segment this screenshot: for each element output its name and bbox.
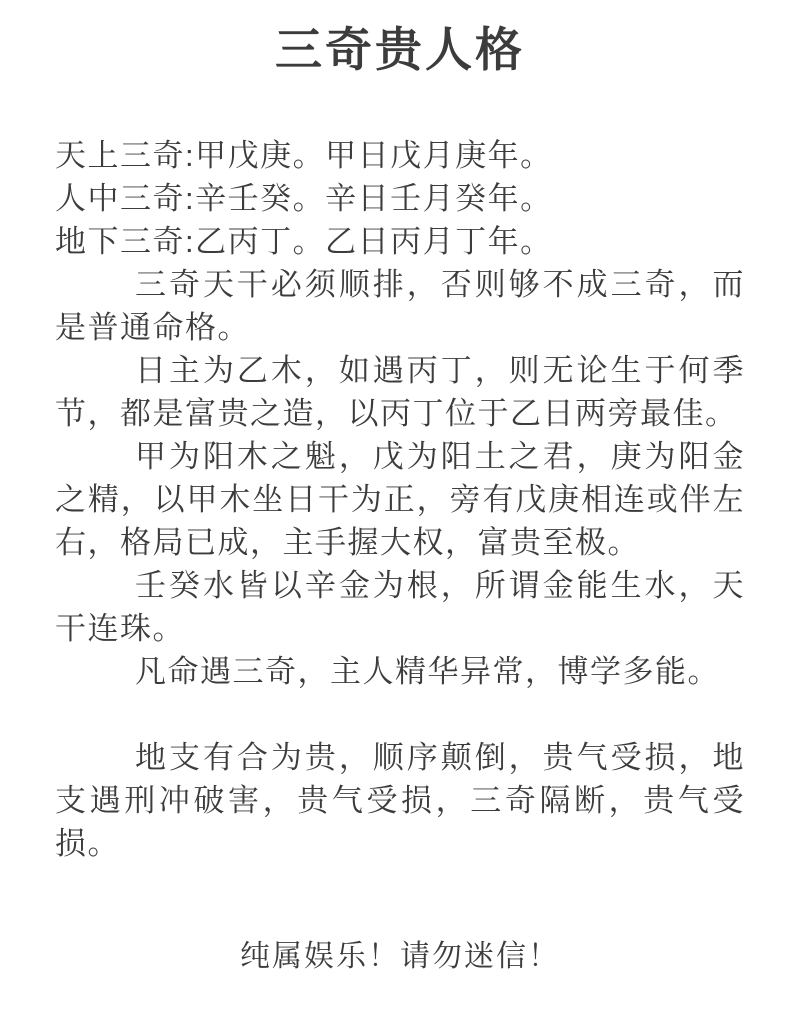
paragraph-yimu-case: 日主为乙木，如遇丙丁，则无论生于何季节，都是富贵之造，以丙丁位于乙日两旁最佳。 xyxy=(55,349,745,435)
document-page: 三奇贵人格 天上三奇:甲戊庚。甲日戊月庚年。 人中三奇:辛壬癸。辛日壬月癸年。 … xyxy=(0,0,800,1026)
paragraph-renzhong-sanqi: 人中三奇:辛壬癸。辛日壬月癸年。 xyxy=(55,177,745,220)
disclaimer-text: 纯属娱乐！请勿迷信！ xyxy=(0,935,800,978)
paragraph-sanqi-benefit: 凡命遇三奇，主人精华异常，博学多能。 xyxy=(55,650,745,693)
paragraph-dizhi-damage: 地支有合为贵，顺序颠倒，贵气受损，地支遇刑冲破害，贵气受损，三奇隔断，贵气受损。 xyxy=(55,736,745,865)
paragraph-shunpai-rule: 三奇天干必须顺排，否则够不成三奇，而是普通命格。 xyxy=(55,263,745,349)
paragraph-rengui-case: 壬癸水皆以辛金为根，所谓金能生水，天干连珠。 xyxy=(55,564,745,650)
paragraph-jiamu-case: 甲为阳木之魁，戊为阳土之君，庚为阳金之精，以甲木坐日干为正，旁有戊庚相连或伴左右… xyxy=(55,435,745,564)
page-title: 三奇贵人格 xyxy=(0,0,800,78)
body-text: 天上三奇:甲戊庚。甲日戊月庚年。 人中三奇:辛壬癸。辛日壬月癸年。 地下三奇:乙… xyxy=(55,134,745,865)
paragraph-tianshang-sanqi: 天上三奇:甲戊庚。甲日戊月庚年。 xyxy=(55,134,745,177)
paragraph-dixia-sanqi: 地下三奇:乙丙丁。乙日丙月丁年。 xyxy=(55,220,745,263)
